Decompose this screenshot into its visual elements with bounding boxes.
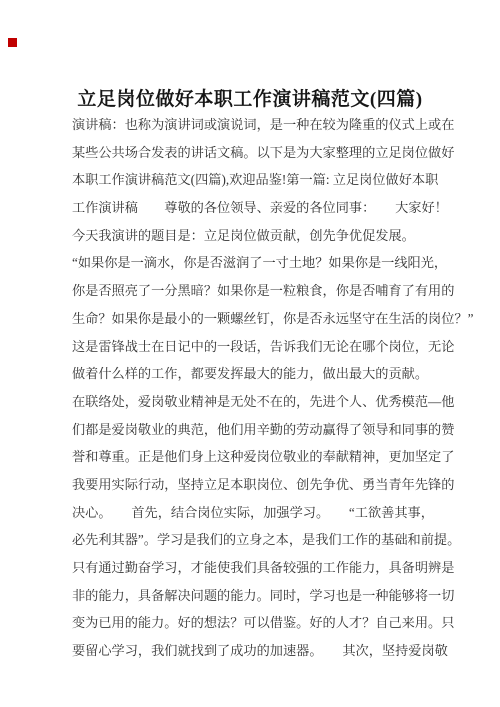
document-page: 立足岗位做好本职工作演讲稿范文(四篇) 演讲稿：也称为演讲词或演说词，是一种在较… [0,0,500,707]
text-line: 只有通过勤奋学习，才能使我们具备较强的工作能力，具备明辨是 [72,554,450,582]
text-line: 做着什么样的工作，都要发挥最大的能力，做出最大的贡献。 [72,360,450,388]
text-line: 演讲稿：也称为演讲词或演说词，是一种在较为隆重的仪式上或在 [72,111,450,139]
document-body: 演讲稿：也称为演讲词或演说词，是一种在较为隆重的仪式上或在某些公共场合发表的讲话… [72,111,450,665]
text-line: 们都是爱岗敬业的典范，他们用辛勤的劳动赢得了领导和同事的赞 [72,416,450,444]
text-line: 我要用实际行动，坚持立足本职岗位、创先争优、勇当青年先锋的 [72,471,450,499]
text-line: 生命？如果你是最小的一颗螺丝钉，你是否永远坚守在生活的岗位？” [72,305,450,333]
text-line: 在联络处，爱岗敬业精神是无处不在的，先进个人、优秀模范—他 [72,388,450,416]
text-line: 这是雷锋战士在日记中的一段话，告诉我们无论在哪个岗位，无论 [72,333,450,361]
text-line: 工作演讲稿 尊敬的各位领导、亲爱的各位同事： 大家好！ [72,194,450,222]
text-line: 非的能力，具备解决问题的能力。同时，学习也是一种能够将一切 [72,582,450,610]
text-line: 今天我演讲的题目是：立足岗位做贡献，创先争优促发展。 [72,222,450,250]
text-line: 必先利其器”。学习是我们的立身之本，是我们工作的基础和前提。 [72,526,450,554]
text-line: 变为已用的能力。好的想法？可以借鉴。好的人才？自己来用。只 [72,609,450,637]
text-line: 你是否照亮了一分黑暗？如果你是一粒粮食，你是否哺育了有用的 [72,277,450,305]
text-line: 决心。 首先，结合岗位实际，加强学习。 “工欲善其事， [72,499,450,527]
text-line: 某些公共场合发表的讲话文稿。以下是为大家整理的立足岗位做好 [72,139,450,167]
text-line: 誉和尊重。正是他们身上这种爱岗位敬业的奉献精神，更加坚定了 [72,443,450,471]
text-line: “如果你是一滴水，你是否滋润了一寸土地？如果你是一线阳光， [72,249,450,277]
red-marker-icon [8,38,17,47]
text-line: 要留心学习，我们就找到了成功的加速器。 其次，坚持爱岗敬 [72,637,450,665]
text-line: 本职工作演讲稿范文(四篇),欢迎品鉴!第一篇: 立足岗位做好本职 [72,166,450,194]
